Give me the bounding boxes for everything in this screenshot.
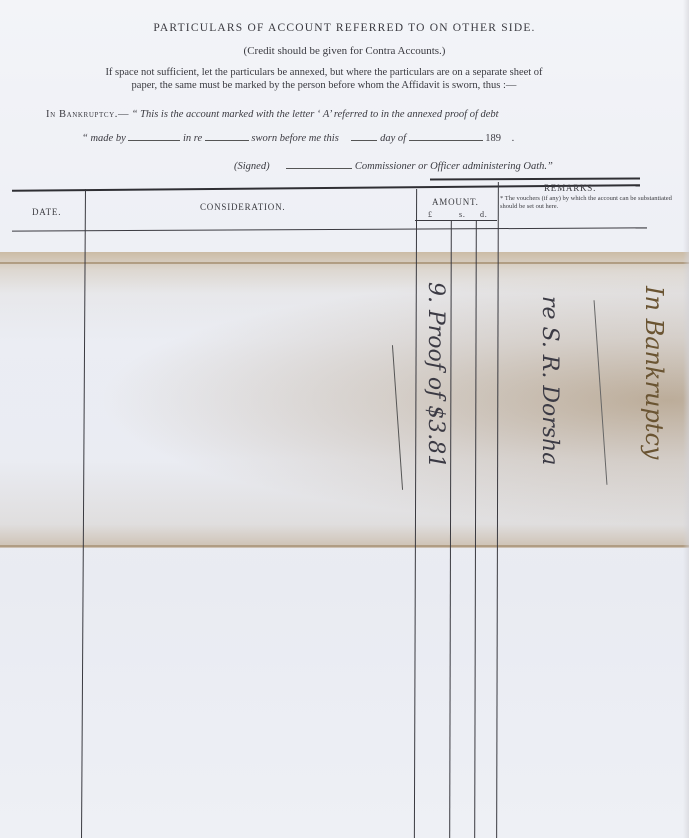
header-date: DATE. <box>32 207 61 217</box>
signed-label: (Signed) <box>234 161 270 172</box>
in-re-blank[interactable] <box>205 132 249 141</box>
table-header-bottom-rule <box>12 227 647 231</box>
fold-crease-bottom <box>0 545 689 547</box>
commissioner-label: Commissioner or Officer administering Oa… <box>355 161 553 172</box>
document-page: PARTICULARS OF ACCOUNT REFERRED TO ON OT… <box>0 0 689 838</box>
day-blank[interactable] <box>351 132 377 141</box>
header-amount: AMOUNT. <box>432 197 479 207</box>
bankruptcy-clause: In Bankruptcy.— “ This is the account ma… <box>46 109 499 120</box>
instructions: If space not sufficient, let the particu… <box>44 66 604 92</box>
handwritten-in-bankruptcy: In Bankruptcy <box>640 286 668 459</box>
foxed-fold-band <box>0 252 689 548</box>
instruction-line-2: paper, the same must be marked by the pe… <box>44 79 604 92</box>
header-rule-short <box>430 177 640 180</box>
bankruptcy-label: In Bankruptcy.— <box>46 109 129 120</box>
header-consideration: CONSIDERATION. <box>200 202 285 212</box>
header-shillings: s. <box>459 210 466 219</box>
sworn-label: sworn before me this <box>251 133 338 144</box>
header-pounds: £ <box>428 210 433 219</box>
header-remarks: REMARKS. <box>544 183 596 193</box>
bankruptcy-text: “ This is the account marked with the le… <box>132 109 499 120</box>
made-by-label: “ made by <box>82 133 126 144</box>
form-title: PARTICULARS OF ACCOUNT REFERRED TO ON OT… <box>0 22 689 34</box>
made-by-blank[interactable] <box>128 132 180 141</box>
day-of-label: day of <box>380 133 406 144</box>
paper-edge <box>683 0 689 838</box>
in-re-label: in re <box>183 133 202 144</box>
form-subtitle: (Credit should be given for Contra Accou… <box>0 45 689 57</box>
fold-crease-top <box>0 262 689 264</box>
amount-subheader-rule <box>415 220 497 221</box>
signature-blank[interactable] <box>286 160 352 169</box>
handwritten-proof-amount: 9. Proof of $3.81 <box>423 282 448 468</box>
made-by-line: “ made by in re sworn before me this day… <box>82 132 514 144</box>
signed-line: (Signed) Commissioner or Officer adminis… <box>234 160 553 172</box>
handwritten-debtor-name: re S. R. Dorsha <box>537 296 562 465</box>
instruction-line-1: If space not sufficient, let the particu… <box>44 66 604 79</box>
header-pence: d. <box>480 210 488 219</box>
year-label: 189 <box>485 133 501 144</box>
remarks-note: * The vouchers (if any) by which the acc… <box>500 195 672 211</box>
month-blank[interactable] <box>409 132 483 141</box>
